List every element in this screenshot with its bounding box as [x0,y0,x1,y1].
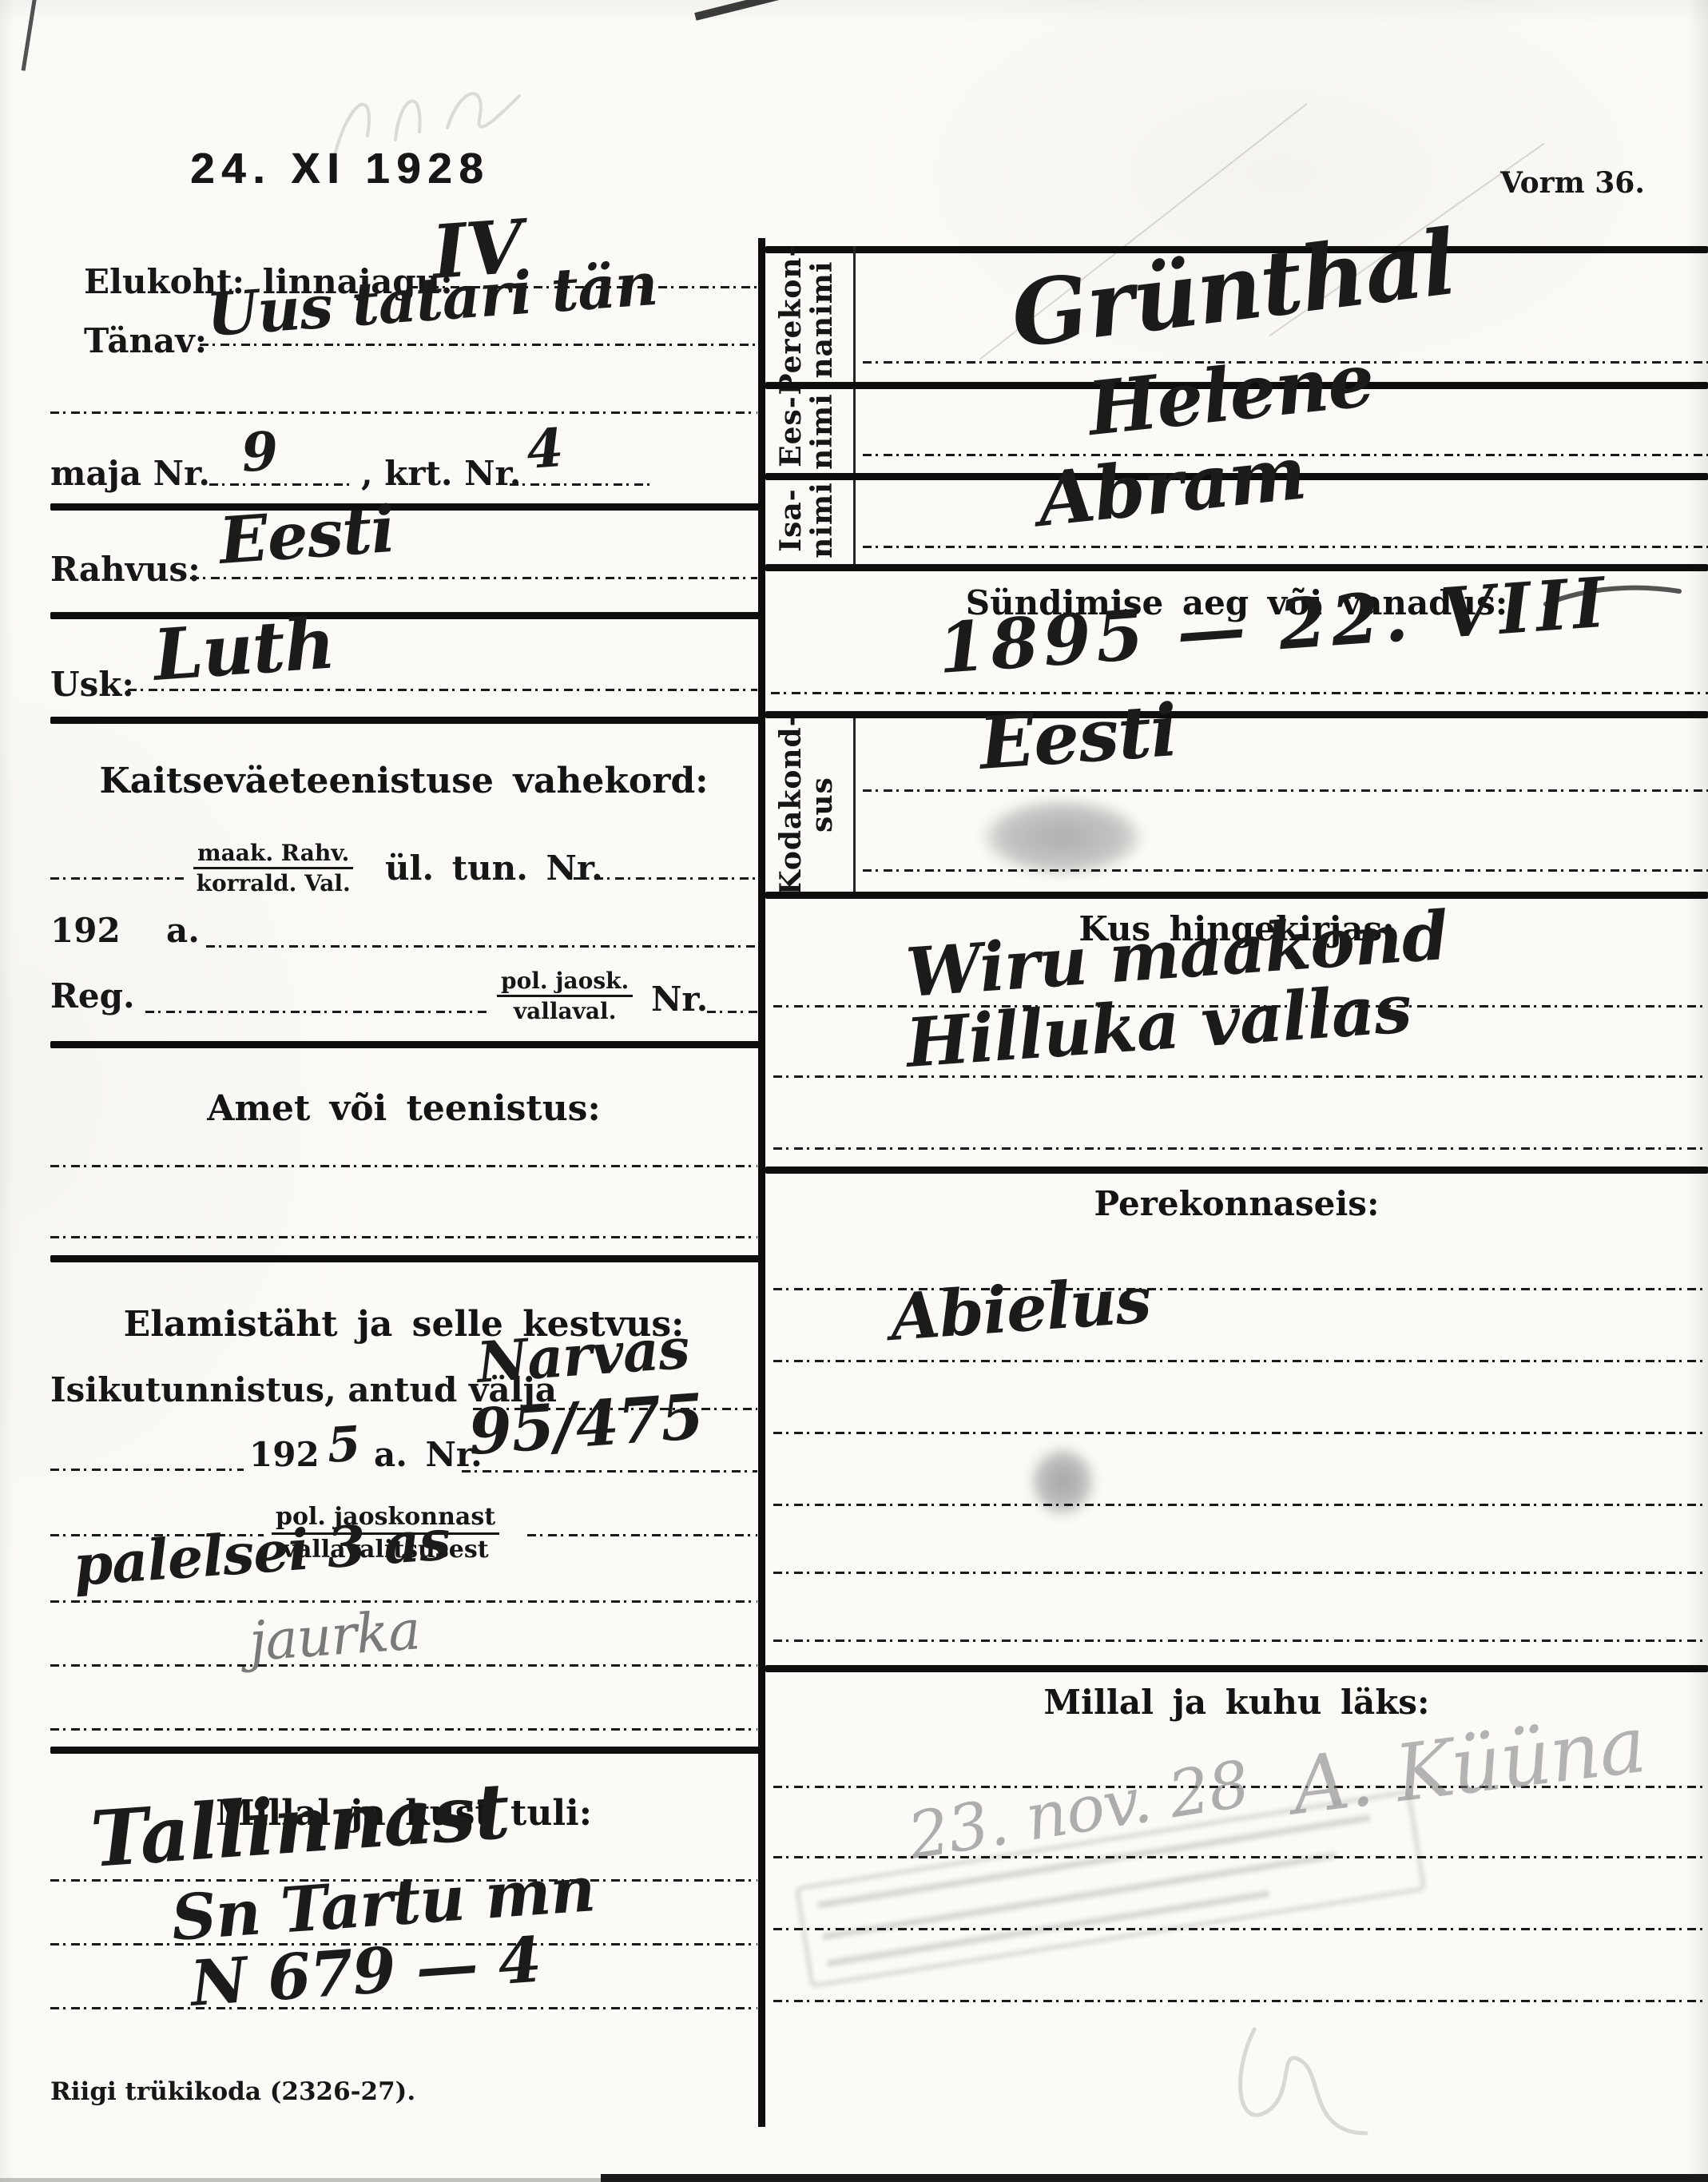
section-divider [50,1041,761,1048]
label-line: Isa- [774,488,808,551]
dotted-line [128,689,757,691]
scan-artifact-top-streak [694,0,824,21]
dotted-line [200,344,757,346]
dotted-line [190,577,757,579]
label-divider [853,246,856,566]
section-divider [50,717,761,724]
rahvus-value-handwritten: Eesti [216,491,396,578]
label-line: Kodakond- [774,713,808,895]
pol-jaosk-fraction: pol. jaosk. vallaval. [497,968,633,1024]
perekonnaseis-heading: Perekonnaseis: [765,1184,1708,1223]
isikutunnistus-nr-handwritten: 95/475 [467,1381,705,1469]
sundimine-value-handwritten: 1895 — 22. VIII [935,562,1612,690]
dotted-line [773,1075,1708,1078]
a-nr-label: a. Nr. [374,1435,483,1474]
reg-label: Reg. [50,976,135,1015]
rahvus-label: Rahvus: [50,550,201,589]
dotted-line [50,1728,757,1731]
dotted-line [462,1470,757,1473]
dotted-line [773,1504,1708,1506]
dotted-line [50,1236,757,1238]
dotted-line [50,2007,757,2009]
fraction-bottom: korrald. Val. [193,869,353,896]
registration-card-scan: 24. XI 1928 Vorm 36. Elukoht: linnajagu:… [0,0,1708,2182]
date-stamp: 24. XI 1928 [190,144,490,193]
dotted-line [707,1011,757,1013]
dotted-line [863,789,1708,792]
dotted-line [209,483,353,486]
year2-value-handwritten: 5 [325,1416,362,1474]
section-divider [50,503,761,511]
dotted-line [773,1639,1708,1642]
scan-artifact-bottom-strip [601,2174,1708,2182]
fraction-top: pol. jaosk. [497,968,633,997]
dotted-line [50,411,757,414]
maja-value-handwritten: 9 [240,419,280,484]
label-line: nimi [805,393,839,470]
label-line: nanimi [805,260,839,378]
ul-tun-nr-label: ül. tun. Nr. [385,849,603,888]
label-divider [853,718,856,892]
section-divider [765,1665,1708,1672]
dotted-line [863,546,1708,548]
amet-heading: Amet või teenistus: [50,1088,757,1129]
year-label: 192 [50,911,121,950]
center-divider [758,238,765,2127]
fraction-bottom: vallaval. [497,997,633,1023]
dotted-line [50,1165,757,1167]
dotted-line [771,692,1708,694]
dotted-line [773,1856,1708,1858]
isanimi-label: Isa- nimi [776,482,838,558]
krt-label: , krt. Nr. [361,454,521,493]
scan-artifact-bottom-strip-left [0,2178,601,2182]
dotted-line [50,1664,757,1667]
dotted-line [773,2000,1708,2002]
scan-artifact-top-left [22,0,38,71]
dotted-line [145,1011,489,1013]
eesnimi-label: Ees- nimi [776,393,838,470]
dotted-line [527,1534,757,1536]
dotted-line [206,945,757,948]
fraction-top: maak. Rahv. [193,841,353,869]
ink-smudge [983,799,1142,875]
kaitse-heading: Kaitseväeteenistuse vahekord: [50,761,757,801]
dotted-line [773,1928,1708,1930]
section-divider [50,1255,761,1262]
kodakondsus-label: Kodakond- sus [776,713,838,895]
usk-label: Usk: [50,665,134,704]
section-divider [765,1167,1708,1174]
year2-label: 192 [249,1435,320,1474]
perekonnaseis-value-handwritten: Abielus [888,1262,1153,1355]
section-divider [50,1747,761,1754]
dotted-line [510,483,655,486]
pencil-flourish [1182,2013,1422,2165]
section-divider [765,892,1708,899]
usk-value-handwritten: Luth [151,601,337,697]
isanimi-value-handwritten: Abram [1034,429,1310,543]
nr-label: Nr. [651,980,708,1019]
jaoskond-handwritten-2: jaurka [247,1599,422,1674]
section-divider [765,711,1708,718]
perekonnanimi-value-handwritten: Grünthal [1006,210,1461,368]
dotted-line [773,1572,1708,1574]
tanav-label: Tänav: [84,321,207,360]
dotted-line [863,869,1708,872]
label-line: sus [805,777,839,833]
form-number: Vorm 36. [1500,166,1645,200]
label-line: Perekon- [774,244,808,395]
krt-value-handwritten: 4 [525,416,565,481]
dotted-line [773,1432,1708,1434]
a-label: a. [166,911,200,950]
dotted-line [773,1360,1708,1362]
dotted-line [773,1147,1708,1150]
dotted-line [50,877,188,880]
perekonnanimi-label: Perekon- nanimi [776,244,838,395]
printer-footer: Riigi trükikoda (2326-27). [50,2077,415,2106]
jaoskond-handwritten-1: palelsei 3 as [71,1506,451,1599]
label-line: Ees- [774,395,808,467]
label-line: nimi [805,482,839,558]
maja-label: maja Nr. [50,454,210,493]
dotted-line [50,1469,244,1471]
dotted-line [574,877,757,880]
kodakondsus-value-handwritten: Eesti [977,688,1180,786]
maak-rahv-fraction: maak. Rahv. korrald. Val. [193,841,353,896]
